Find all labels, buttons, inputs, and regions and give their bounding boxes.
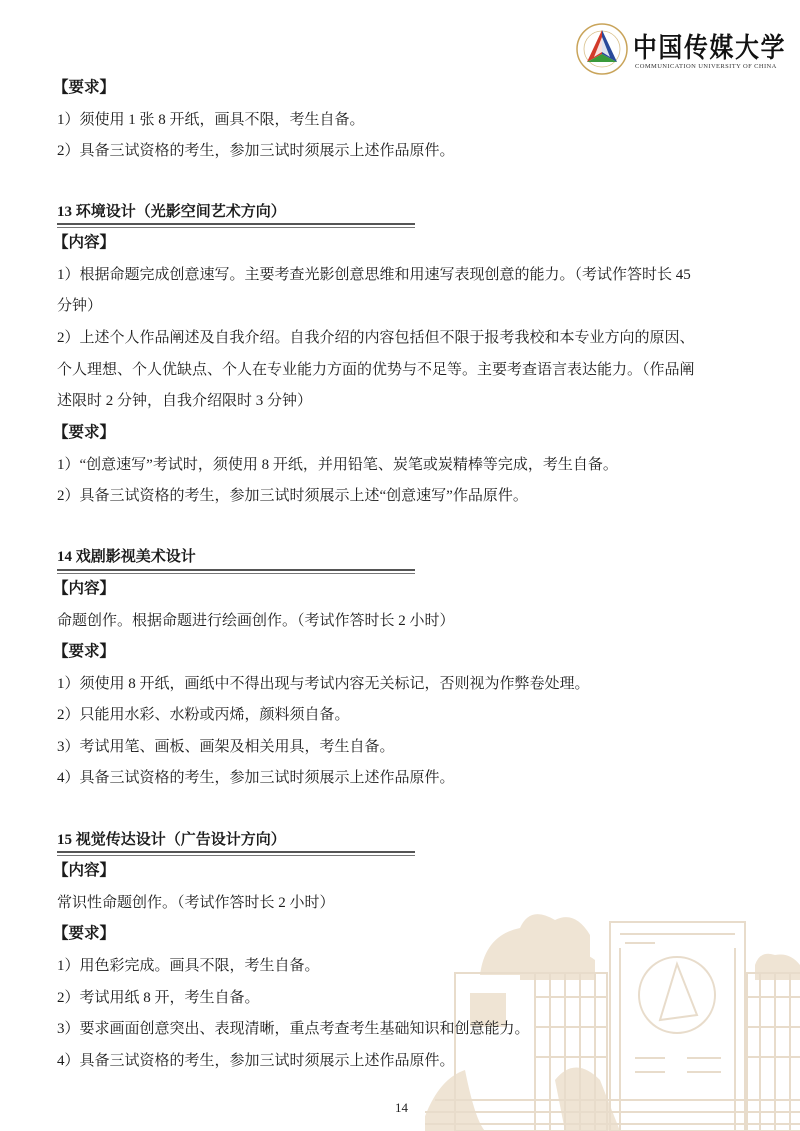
section-title: 13 环境设计（光影空间艺术方向） [57,203,286,221]
requirement-item: 2）只能用水彩、水粉或丙烯，颜料须自备。 [57,706,350,724]
content-line: 2）上述个人作品阐述及自我介绍。自我介绍的内容包括但不限于报考我校和本专业方向的… [57,329,695,347]
content-line: 1）根据命题完成创意速写。主要考查光影创意思维和用速写表现创意的能力。（考试作答… [57,266,691,284]
page-number: 14 [395,1100,408,1116]
requirement-item: 1）“创意速写”考试时，须使用 8 开纸，并用铅笔、炭笔或炭精棒等完成，考生自备… [57,456,618,474]
logo-chinese-name: 中国传媒大学 [633,26,786,65]
content-line: 分钟） [57,297,102,315]
campus-building-illustration [425,880,800,1131]
content-label: 【内容】 [53,580,115,598]
requirement-item: 1）须使用 1 张 8 开纸，画具不限，考生自备。 [57,111,365,129]
requirement-label: 【要求】 [53,79,115,97]
requirement-label: 【要求】 [53,424,115,442]
requirement-item: 1）须使用 8 开纸，画纸中不得出现与考试内容无关标记，否则视为作弊卷处理。 [57,675,590,693]
content-line: 述限时 2 分钟，自我介绍限时 3 分钟） [57,392,312,410]
requirement-item: 4）具备三试资格的考生，参加三试时须展示上述作品原件。 [57,1052,455,1070]
section-divider [57,569,415,574]
section-title: 15 视觉传达设计（广告设计方向） [57,831,286,849]
requirement-item: 1）用色彩完成。画具不限，考生自备。 [57,957,320,975]
university-emblem-icon [575,22,630,77]
section-title: 14 戏剧影视美术设计 [57,548,196,566]
requirement-item: 3）考试用笔、画板、画架及相关用具，考生自备。 [57,738,395,756]
university-logo: 中国传媒大学 COMMUNICATION UNIVERSITY OF CHINA [575,22,785,77]
section-divider [57,851,415,856]
section-divider [57,223,415,228]
requirement-label: 【要求】 [53,925,115,943]
requirement-item: 2）具备三试资格的考生，参加三试时须展示上述“创意速写”作品原件。 [57,487,528,505]
logo-english-name: COMMUNICATION UNIVERSITY OF CHINA [635,63,777,70]
requirement-item: 2）具备三试资格的考生，参加三试时须展示上述作品原件。 [57,142,455,160]
content-line: 命题创作。根据命题进行绘画创作。（考试作答时长 2 小时） [57,612,455,630]
requirement-item: 3）要求画面创意突出、表现清晰，重点考查考生基础知识和创意能力。 [57,1020,530,1038]
content-label: 【内容】 [53,862,115,880]
content-line: 个人理想、个人优缺点、个人在专业能力方面的优势与不足等。主要考查语言表达能力。（… [57,361,695,379]
content-line: 常识性命题创作。（考试作答时长 2 小时） [57,894,335,912]
content-label: 【内容】 [53,234,115,252]
requirement-label: 【要求】 [53,643,115,661]
requirement-item: 4）具备三试资格的考生，参加三试时须展示上述作品原件。 [57,769,455,787]
requirement-item: 2）考试用纸 8 开，考生自备。 [57,989,260,1007]
